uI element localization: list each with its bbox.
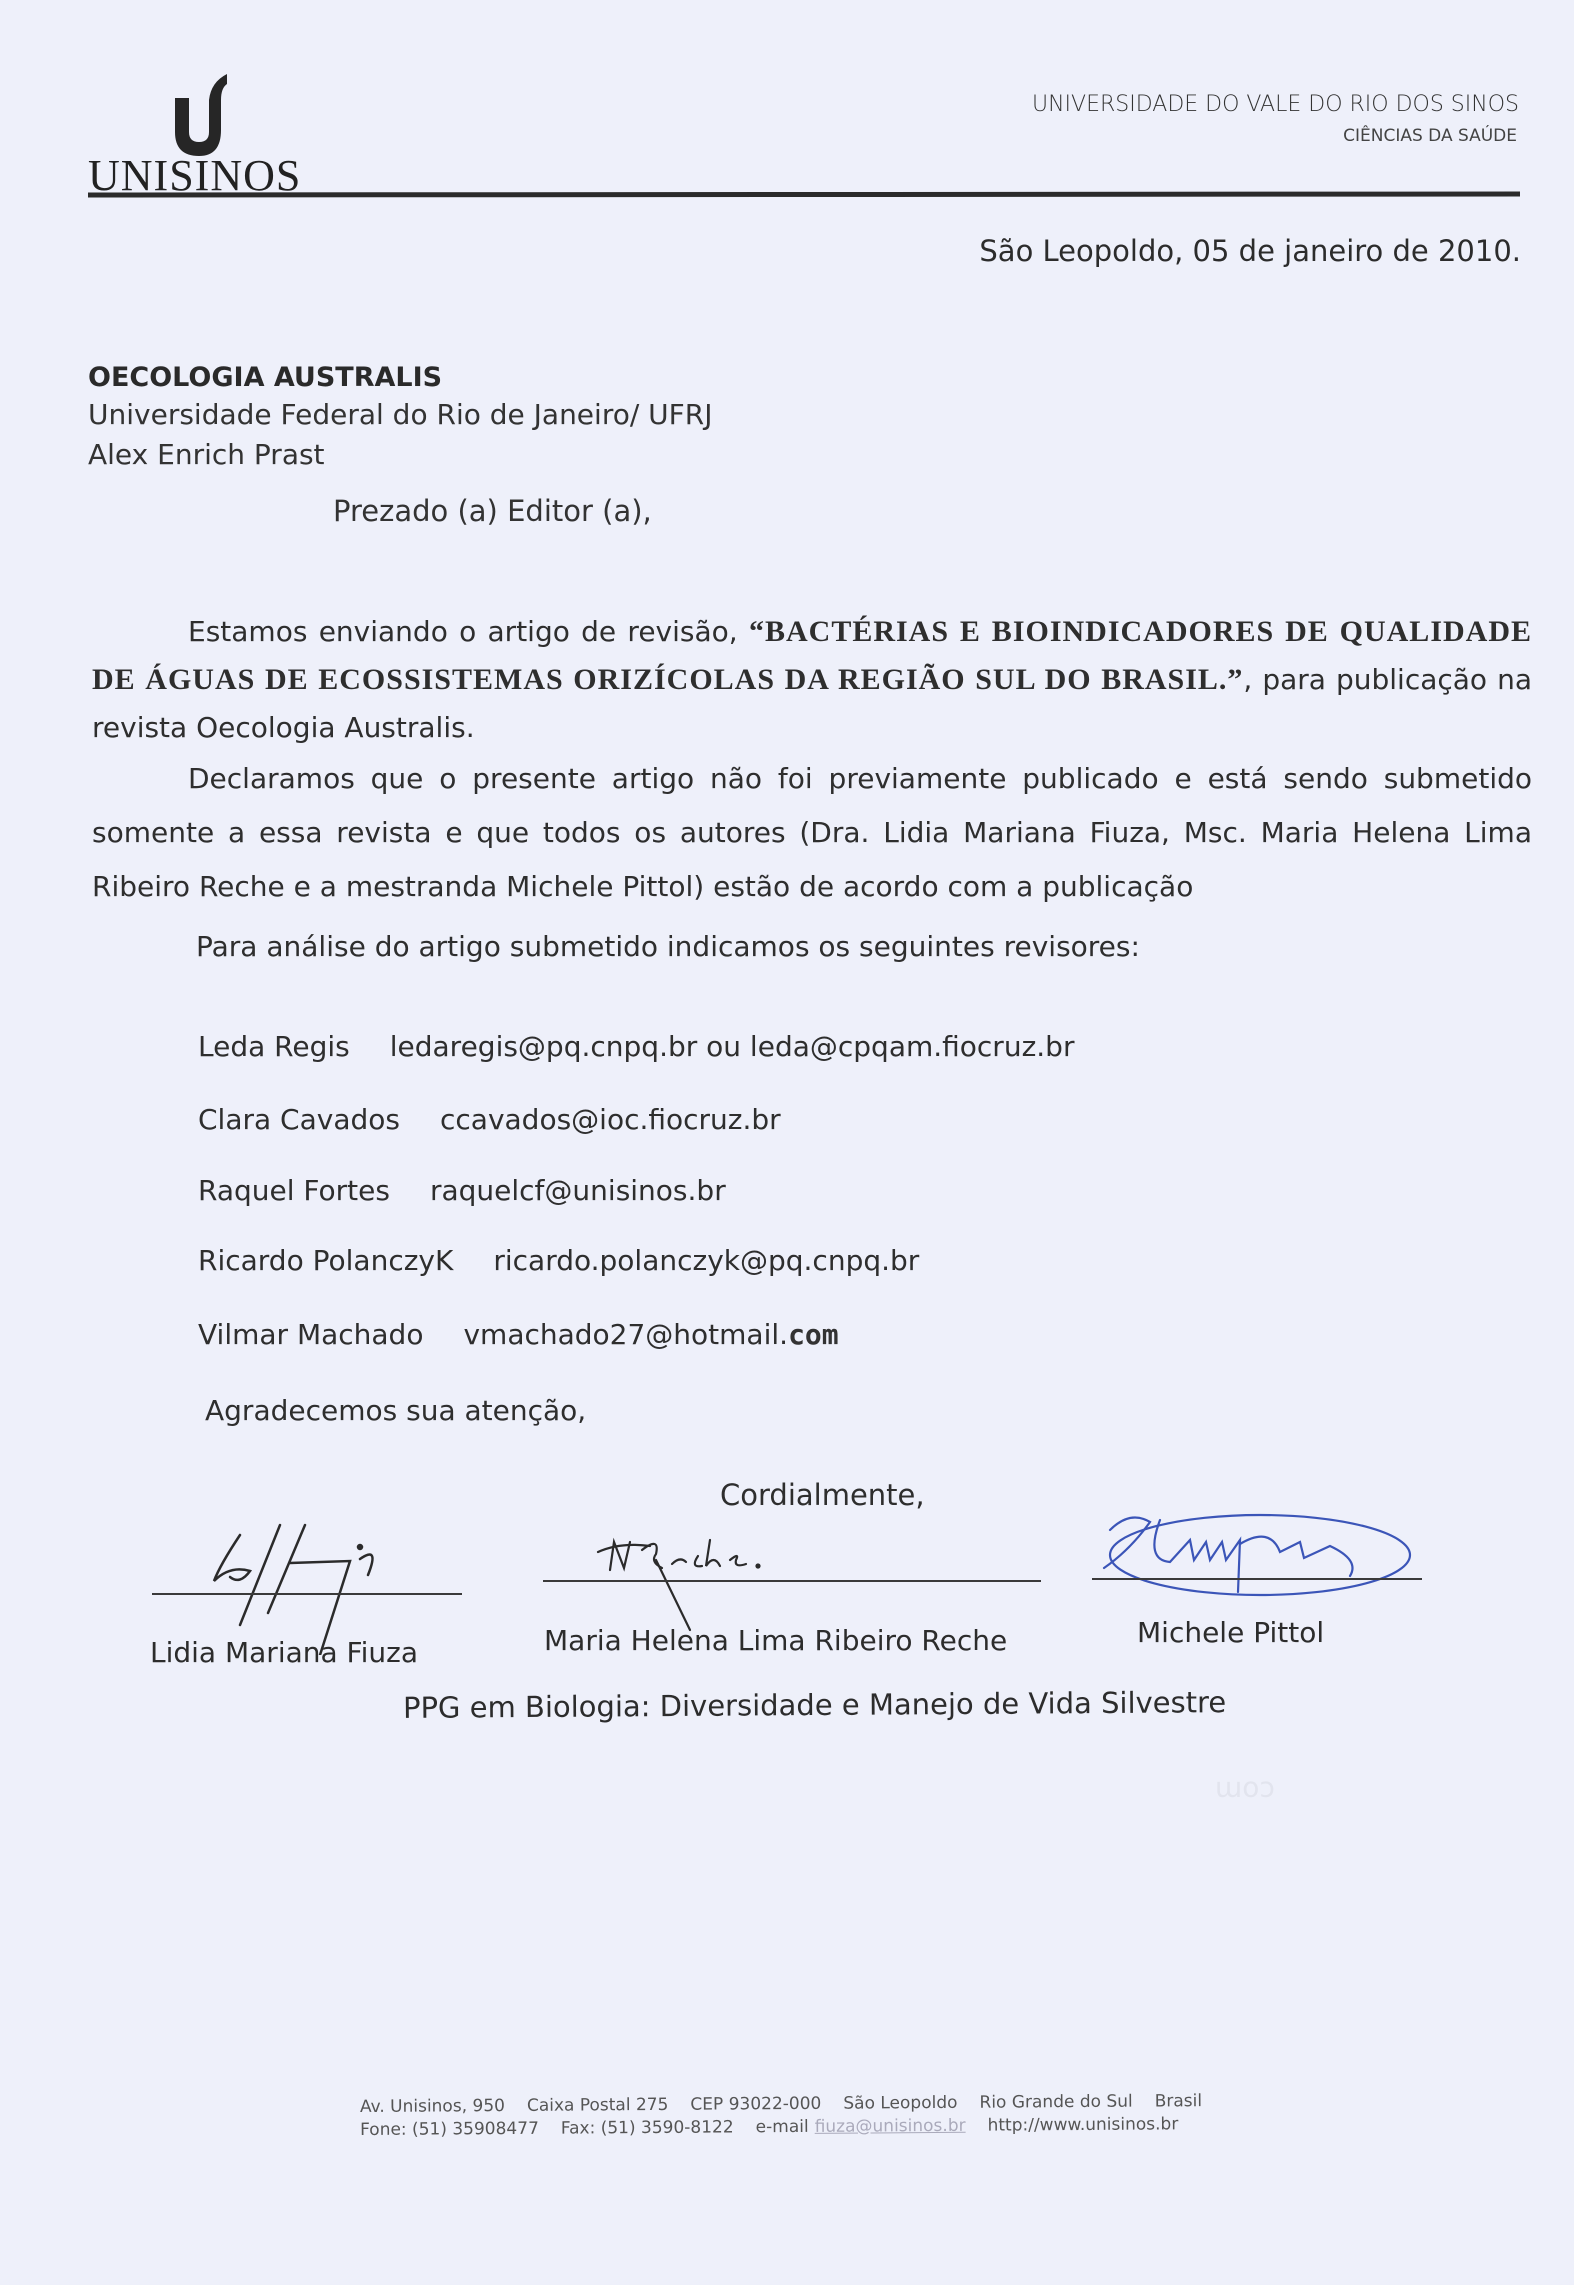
reviewer-item: Raquel Fortesraquelcf@unisinos.br bbox=[198, 1174, 726, 1207]
unisinos-logo-icon bbox=[165, 70, 255, 160]
recipient-university: Universidade Federal do Rio de Janeiro/ … bbox=[88, 398, 713, 431]
reviewer-name: Leda Regis bbox=[198, 1030, 350, 1063]
closing-line: Cordialmente, bbox=[720, 1478, 925, 1512]
signatory-name: Lidia Mariana Fiuza bbox=[150, 1636, 418, 1669]
letterhead-footer: Av. Unisinos, 950Caixa Postal 275CEP 930… bbox=[360, 2090, 1224, 2142]
reviewer-name: Raquel Fortes bbox=[198, 1174, 390, 1207]
declaration-text: Declaramos que o presente artigo não foi… bbox=[92, 762, 1532, 903]
reviewer-item: Vilmar Machadovmachado27@hotmail.com bbox=[198, 1318, 839, 1351]
signatory-name: Maria Helena Lima Ribeiro Reche bbox=[544, 1624, 1007, 1657]
recipient-editor: Alex Enrich Prast bbox=[88, 438, 325, 471]
salutation: Prezado (a) Editor (a), bbox=[333, 494, 652, 528]
thanks-line: Agradecemos sua atenção, bbox=[205, 1394, 586, 1427]
paragraph-submission: Estamos enviando o artigo de revisão, “B… bbox=[92, 608, 1532, 752]
signature-pittol-icon bbox=[1090, 1500, 1430, 1610]
reviewer-name: Vilmar Machado bbox=[198, 1318, 423, 1351]
reviewer-name: Clara Cavados bbox=[198, 1103, 400, 1136]
footer-email-link[interactable]: fiuza@unisinos.br bbox=[815, 2116, 966, 2137]
paragraph-declaration: Declaramos que o presente artigo não foi… bbox=[92, 752, 1532, 914]
faint-show-through-mark: com bbox=[1215, 1775, 1275, 1808]
reviewers-intro: Para análise do artigo submetido indicam… bbox=[196, 930, 1140, 963]
signature-line bbox=[543, 1580, 1041, 1582]
reviewer-email: raquelcf@unisinos.br bbox=[430, 1174, 726, 1207]
department-name: CIÊNCIAS DA SAÚDE bbox=[1343, 126, 1517, 146]
reviewer-item: Ricardo PolanczyKricardo.polanczyk@pq.cn… bbox=[198, 1244, 919, 1277]
signatory-name: Michele Pittol bbox=[1137, 1616, 1324, 1649]
reviewer-name: Ricardo PolanczyK bbox=[198, 1244, 453, 1277]
footer-line-2: Fone: (51) 35908477Fax: (51) 3590-8122e-… bbox=[360, 2113, 1224, 2142]
handwritten-com: com bbox=[788, 1318, 839, 1351]
reviewer-email: ccavados@ioc.fiocruz.br bbox=[440, 1103, 781, 1136]
date-line: São Leopoldo, 05 de janeiro de 2010. bbox=[979, 234, 1521, 268]
signature-line bbox=[1092, 1578, 1422, 1580]
header-divider bbox=[88, 192, 1520, 198]
signature-line bbox=[152, 1593, 462, 1595]
reviewer-email: vmachado27@hotmail.com bbox=[463, 1318, 838, 1351]
reviewer-email: ledaregis@pq.cnpq.br ou leda@cpqam.fiocr… bbox=[390, 1030, 1075, 1063]
reviewer-item: Leda Regisledaregis@pq.cnpq.br ou leda@c… bbox=[198, 1030, 1074, 1063]
reviewer-email: ricardo.polanczyk@pq.cnpq.br bbox=[493, 1244, 919, 1277]
footer-website[interactable]: http://www.unisinos.br bbox=[988, 2114, 1179, 2135]
reviewer-item: Clara Cavadosccavados@ioc.fiocruz.br bbox=[198, 1103, 781, 1136]
signature-fiuza-icon bbox=[200, 1515, 480, 1655]
recipient-journal: OECOLOGIA AUSTRALIS bbox=[88, 362, 442, 393]
institution-name: UNIVERSIDADE DO VALE DO RIO DOS SINOS bbox=[1032, 92, 1519, 117]
program-name: PPG em Biologia: Diversidade e Manejo de… bbox=[403, 1685, 1226, 1725]
submission-lead: Estamos enviando o artigo de revisão, bbox=[92, 615, 738, 648]
